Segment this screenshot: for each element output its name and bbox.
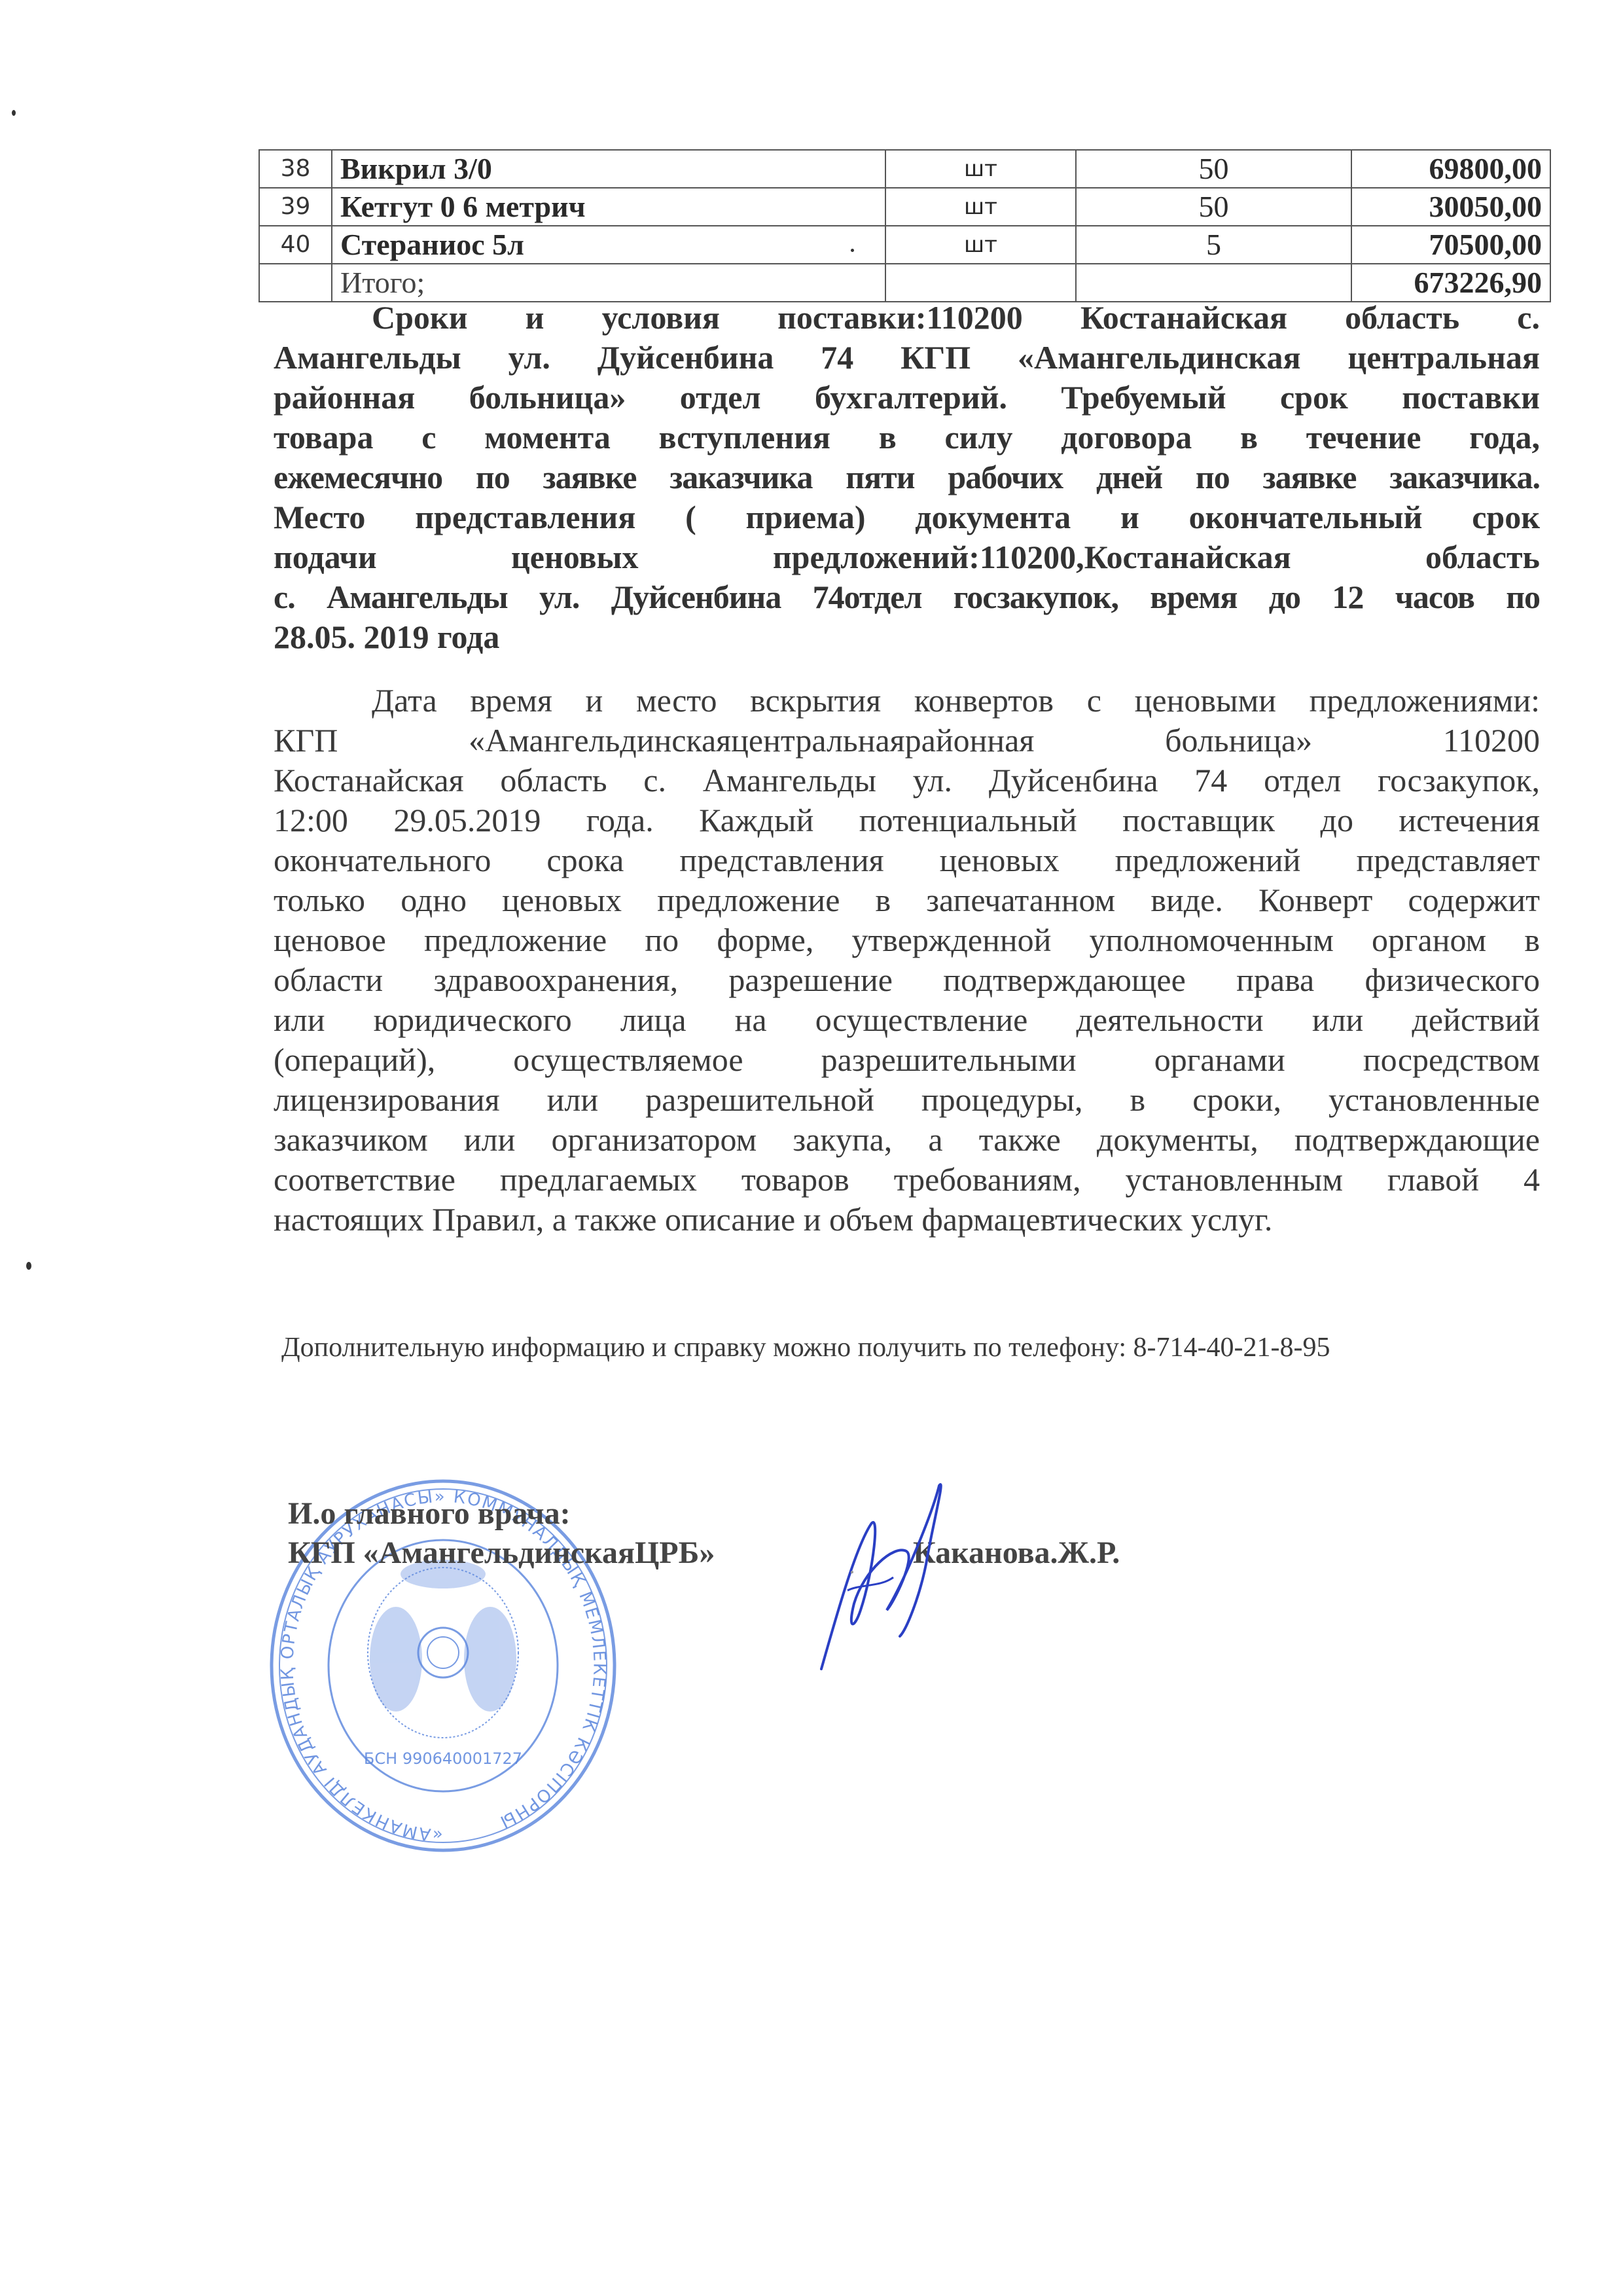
item-name: Стераниос 5л [332, 226, 885, 264]
official-stamp-icon: «АМАНКЕЛДІ АУДАНДЫҚ ОРТАЛЫҚ АУРУХАНАСЫ» … [265, 1476, 622, 1856]
signer-title: И.о главного врача: [288, 1496, 571, 1532]
row-number: 39 [259, 188, 332, 226]
item-unit: шт [885, 150, 1076, 188]
row-number: 38 [259, 150, 332, 188]
text-line: КГП «Амангельдинскаяцентральнаярайонная … [274, 721, 1540, 761]
item-unit: шт [885, 226, 1076, 264]
text-line: Амангельды ул. Дуйсенбина 74 КГП «Аманге… [274, 338, 1540, 378]
text-line: Сроки и условия поставки:110200 Костанай… [274, 298, 1540, 338]
row-number: 40 [259, 226, 332, 264]
scan-speck [26, 1262, 31, 1270]
text-line: 28.05. 2019 года [274, 617, 1540, 657]
table-row: 39 Кетгут 0 6 метрич шт 50 30050,00 [259, 188, 1550, 226]
item-sum: 30050,00 [1351, 188, 1550, 226]
text-line: заказчиком или организатором закупа, а т… [274, 1120, 1540, 1160]
text-line: (операций), осуществляемое разрешительны… [274, 1040, 1540, 1080]
document-page: 38 Викрил 3/0 шт 50 69800,00 39 Кетгут 0… [0, 0, 1623, 2296]
text-line: подачи ценовых предложений:110200,Костан… [274, 537, 1540, 577]
text-line: соответствие предлагаемых товаров требов… [274, 1160, 1540, 1200]
items-table: 38 Викрил 3/0 шт 50 69800,00 39 Кетгут 0… [259, 149, 1551, 302]
text-line: Место представления ( приема) документа … [274, 497, 1540, 537]
item-sum: 69800,00 [1351, 150, 1550, 188]
text-line: настоящих Правил, а также описание и объ… [274, 1200, 1540, 1240]
item-name: Викрил 3/0 [332, 150, 885, 188]
text-line: районная больница» отдел бухгалтерий. Тр… [274, 378, 1540, 418]
envelope-opening-paragraph: Дата время и место вскрытия конвертов с … [274, 681, 1540, 1240]
item-name: Кетгут 0 6 метрич [332, 188, 885, 226]
total-quantity [1076, 264, 1351, 302]
text-line: области здравоохранения, разрешение подт… [274, 960, 1540, 1000]
item-unit: шт [885, 188, 1076, 226]
text-line: с. Амангельды ул. Дуйсенбина 74отдел гос… [274, 577, 1540, 617]
text-line: 12:00 29.05.2019 года. Каждый потенциаль… [274, 800, 1540, 840]
total-number [259, 264, 332, 302]
table-row: 38 Викрил 3/0 шт 50 69800,00 [259, 150, 1550, 188]
text-line: лицензирования или разрешительной процед… [274, 1080, 1540, 1120]
text-line: Костанайская область с. Амангельды ул. Д… [274, 761, 1540, 800]
contact-phone-line: Дополнительную информацию и справку можн… [281, 1332, 1330, 1363]
signer-organization: КГП «АмангельдинскаяЦРБ» [288, 1535, 715, 1571]
total-sum: 673226,90 [1351, 264, 1550, 302]
scan-speck [12, 110, 16, 116]
item-sum: 70500,00 [1351, 226, 1550, 264]
text-line: только одно ценовых предложение в запеча… [274, 880, 1540, 920]
stamp-bin: БСН 990640001727 [364, 1749, 522, 1768]
text-line: окончательного срока представления ценов… [274, 840, 1540, 880]
table-row: 40 Стераниос 5л шт 5 70500,00 [259, 226, 1550, 264]
item-quantity: 5 [1076, 226, 1351, 264]
delivery-terms-paragraph: Сроки и условия поставки:110200 Костанай… [274, 298, 1540, 657]
handwritten-signature-icon [808, 1473, 952, 1676]
scan-speck [851, 249, 854, 252]
total-unit [885, 264, 1076, 302]
item-quantity: 50 [1076, 150, 1351, 188]
text-line: Дата время и место вскрытия конвертов с … [274, 681, 1540, 721]
scan-speck [851, 1571, 853, 1573]
text-line: ценовое предложение по форме, утвержденн… [274, 920, 1540, 960]
item-quantity: 50 [1076, 188, 1351, 226]
text-line: ежемесячно по заявке заказчика пяти рабо… [274, 457, 1540, 497]
total-row: Итого; 673226,90 [259, 264, 1550, 302]
text-line: товара с момента вступления в силу догов… [274, 418, 1540, 457]
text-line: или юридического лица на осуществление д… [274, 1000, 1540, 1040]
total-label: Итого; [332, 264, 885, 302]
